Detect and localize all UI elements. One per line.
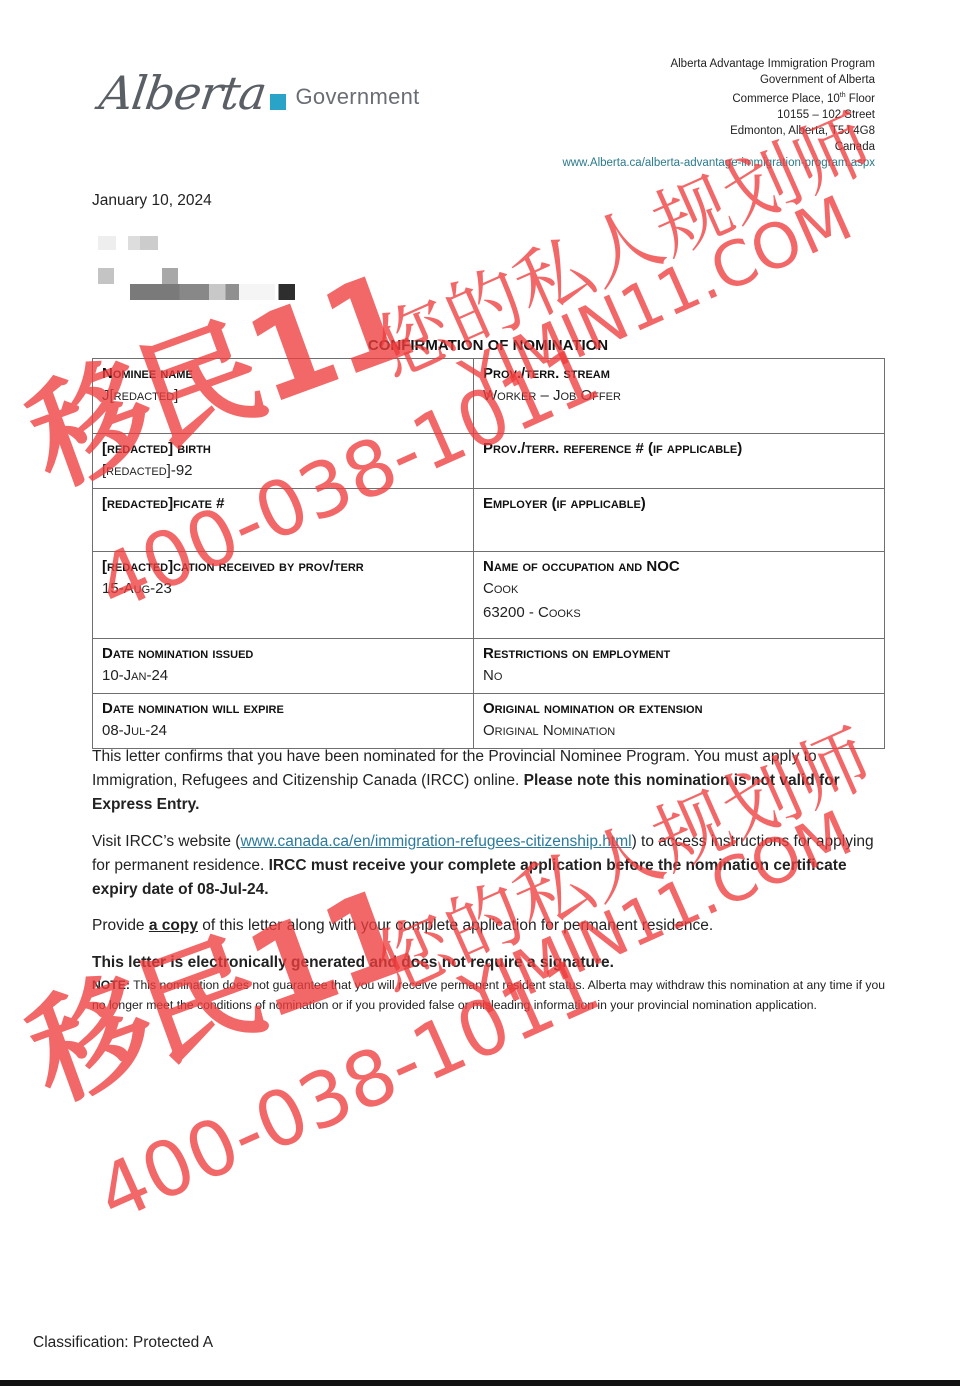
address-line: Edmonton, Alberta, T5J 4G8 <box>562 123 875 139</box>
table-row: [redacted]ficate # Employer (if applicab… <box>93 489 885 552</box>
table-row: Date nomination will expire 08-Jul-24 Or… <box>93 694 885 749</box>
paragraph-ircc-instructions: Visit IRCC’s website (www.canada.ca/en/i… <box>92 830 887 902</box>
address-line: Alberta Advantage Immigration Program <box>562 56 875 72</box>
date-of-birth-cell: [redacted] birth [redacted]-92 <box>93 434 474 489</box>
occupation-noc-cell: Name of occupation and NOC Cook 63200 - … <box>474 552 885 639</box>
address-line: 10155 – 102 Street <box>562 107 875 123</box>
paragraph-confirmation: This letter confirms that you have been … <box>92 745 887 817</box>
redacted-recipient-address <box>130 284 295 300</box>
address-line: Commerce Place, 10th Floor <box>562 88 875 107</box>
paragraph-electronic-signature: This letter is electronically generated … <box>92 951 887 975</box>
certificate-number-cell: [redacted]ficate # <box>93 489 474 552</box>
application-received-cell: [redacted]cation received by prov/terr 1… <box>93 552 474 639</box>
redacted-recipient-address <box>162 268 178 284</box>
nomination-details-table: Nominee name J[redacted] Prov./terr. str… <box>92 358 885 749</box>
sender-address: Alberta Advantage Immigration Program Go… <box>562 56 875 171</box>
table-row: [redacted]cation received by prov/terr 1… <box>93 552 885 639</box>
ircc-website-link[interactable]: www.canada.ca/en/immigration-refugees-ci… <box>240 833 631 850</box>
logo-square-icon <box>270 94 286 110</box>
document-title: CONFIRMATION OF NOMINATION <box>0 337 960 354</box>
note-disclaimer: NOTE: This nomination does not guarantee… <box>92 975 887 1015</box>
table-row: Nominee name J[redacted] Prov./terr. str… <box>93 359 885 434</box>
logo-government-text: Government <box>296 84 420 110</box>
table-row: Date nomination issued 10-Jan-24 Restric… <box>93 639 885 694</box>
address-line: Canada <box>562 139 875 155</box>
stream-cell: Prov./terr. stream Worker – Job Offer <box>474 359 885 434</box>
alberta-government-logo: Alberta Government <box>100 52 420 116</box>
table-row: [redacted] birth [redacted]-92 Prov./ter… <box>93 434 885 489</box>
letter-date: January 10, 2024 <box>92 192 212 210</box>
reference-number-cell: Prov./terr. reference # (if applicable) <box>474 434 885 489</box>
restrictions-cell: Restrictions on employment No <box>474 639 885 694</box>
redacted-recipient-name <box>98 236 158 250</box>
employer-cell: Employer (if applicable) <box>474 489 885 552</box>
nomination-letter-page: Alberta Government Alberta Advantage Imm… <box>0 0 960 1376</box>
alberta-wordmark: Alberta <box>97 70 269 116</box>
program-website-link[interactable]: www.Alberta.ca/alberta-advantage-immigra… <box>562 155 875 171</box>
address-line: Government of Alberta <box>562 72 875 88</box>
classification-label: Classification: Protected A <box>33 1334 213 1352</box>
screen-bottom-edge <box>0 1380 960 1386</box>
nominee-name-cell: Nominee name J[redacted] <box>93 359 474 434</box>
nomination-type-cell: Original nomination or extension Origina… <box>474 694 885 749</box>
date-issued-cell: Date nomination issued 10-Jan-24 <box>93 639 474 694</box>
date-expire-cell: Date nomination will expire 08-Jul-24 <box>93 694 474 749</box>
redacted-recipient-address <box>98 268 114 284</box>
paragraph-provide-copy: Provide a copy of this letter along with… <box>92 914 887 938</box>
